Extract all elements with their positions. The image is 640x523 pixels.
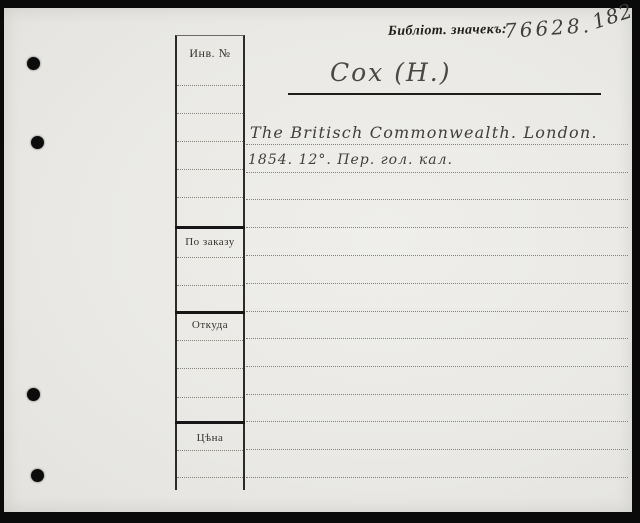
writing-dotted-line [246, 394, 628, 395]
field-label-by-order: По заказу [176, 236, 244, 250]
writing-dotted-line [246, 366, 628, 367]
catalog-card-photo: Инв. № По заказу Откуда Цѣна Библіот. зн… [0, 0, 640, 523]
column-dotted-line [177, 113, 243, 114]
writing-dotted-line [246, 311, 628, 312]
column-dotted-line [177, 285, 243, 286]
library-mark-label: Библіот. значекъ: [388, 22, 507, 40]
catalog-card-paper [4, 8, 632, 512]
writing-dotted-line [246, 449, 628, 450]
column-section-separator [175, 421, 245, 424]
writing-dotted-line [246, 477, 628, 478]
column-dotted-line [177, 169, 243, 170]
punch-hole [31, 469, 44, 482]
column-dotted-line [177, 397, 243, 398]
writing-dotted-line [246, 283, 628, 284]
punch-hole [27, 388, 40, 401]
column-dotted-line [177, 257, 243, 258]
writing-dotted-line [246, 421, 628, 422]
column-dotted-line [177, 368, 243, 369]
column-section-separator [175, 311, 245, 314]
field-label-price: Цѣна [176, 432, 244, 446]
column-dotted-line [177, 141, 243, 142]
column-dotted-line [177, 197, 243, 198]
writing-dotted-line [246, 338, 628, 339]
column-dotted-line [177, 450, 243, 451]
column-dotted-line [177, 340, 243, 341]
writing-dotted-line [246, 199, 628, 200]
column-dotted-line [177, 477, 243, 478]
column-dotted-line [177, 85, 243, 86]
field-label-inventory-number: Инв. № [176, 46, 244, 61]
field-label-whence: Откуда [176, 319, 244, 333]
column-section-separator [175, 226, 245, 229]
writing-dotted-line [246, 144, 628, 145]
entry-title-line: The Britisch Commonwealth. London. [250, 123, 598, 142]
entry-collation-line: 1854. 12°. Пер. гол. кал. [248, 152, 453, 168]
writing-dotted-line [246, 255, 628, 256]
entry-author-heading: Cox (H.) [330, 58, 451, 87]
punch-hole [31, 136, 44, 149]
heading-underline [288, 93, 601, 95]
writing-dotted-line [246, 172, 628, 173]
writing-dotted-line [246, 227, 628, 228]
punch-hole [27, 57, 40, 70]
